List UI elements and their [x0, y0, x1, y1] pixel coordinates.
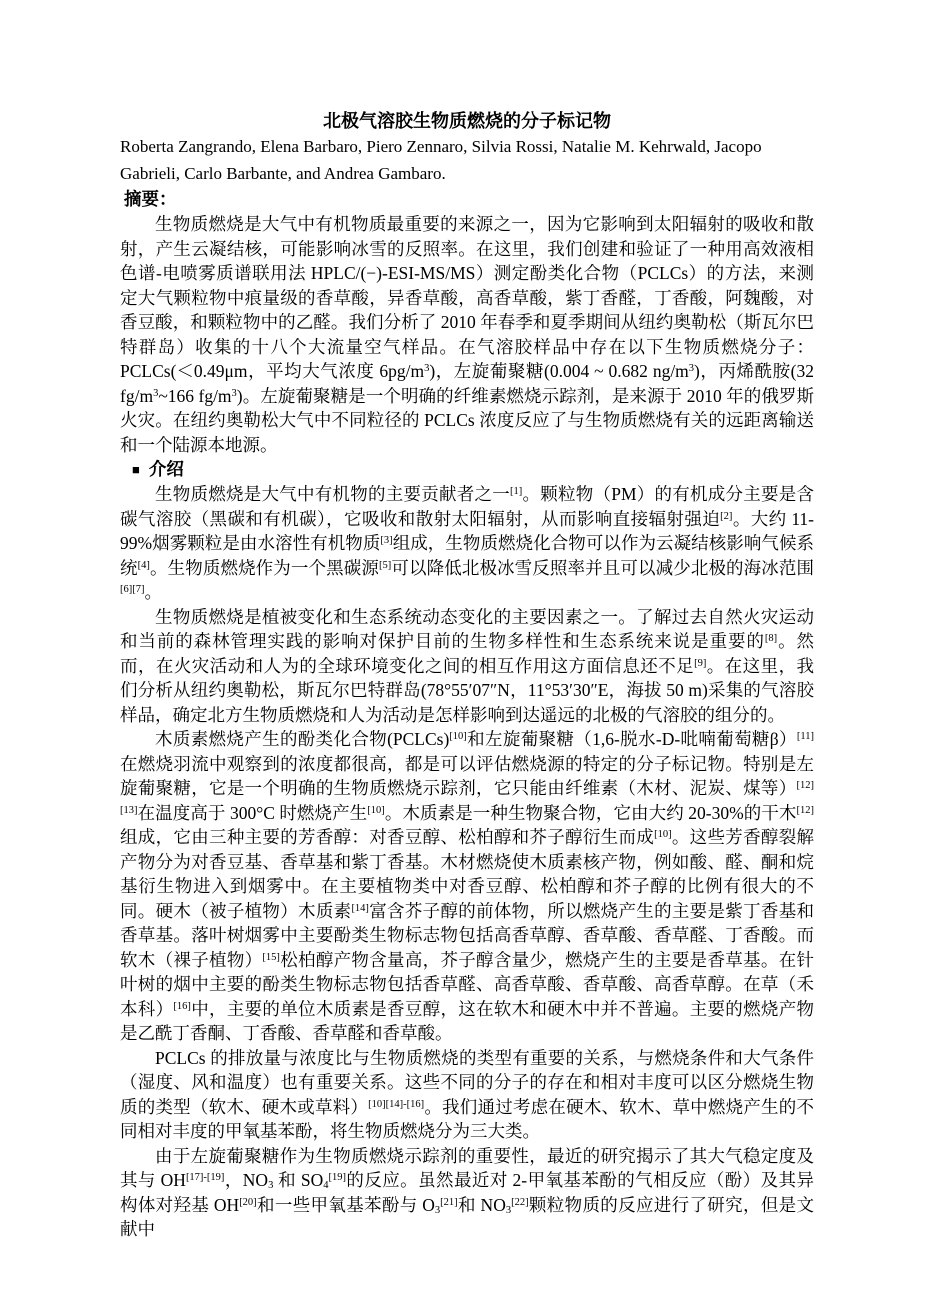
intro-paragraph-5: 由于左旋葡聚糖作为生物质燃烧示踪剂的重要性，最近的研究揭示了其大气稳定度及其与 … — [120, 1144, 814, 1242]
abstract-heading: 摘要： — [120, 187, 814, 212]
document-page: 北极气溶胶生物质燃烧的分子标记物 Roberta Zangrando, Elen… — [0, 0, 926, 1309]
introduction-heading-label: 介绍 — [149, 459, 184, 479]
introduction-heading: ■介绍 — [120, 457, 814, 482]
abstract-paragraph: 生物质燃烧是大气中有机物质最重要的来源之一，因为它影响到太阳辐射的吸收和散射，产… — [120, 212, 814, 457]
intro-paragraph-1: 生物质燃烧是大气中有机物的主要贡献者之一[1]。颗粒物（PM）的有机成分主要是含… — [120, 482, 814, 605]
intro-paragraph-4: PCLCs 的排放量与浓度比与生物质燃烧的类型有重要的关系，与燃烧条件和大气条件… — [120, 1046, 814, 1144]
intro-paragraph-3: 木质素燃烧产生的酚类化合物(PCLCs)[10]和左旋葡聚糖（1,6-脱水-D-… — [120, 727, 814, 1046]
author-list: Roberta Zangrando, Elena Barbaro, Piero … — [120, 134, 814, 187]
square-bullet-icon: ■ — [132, 462, 140, 477]
paper-title: 北极气溶胶生物质燃烧的分子标记物 — [120, 108, 814, 134]
intro-paragraph-2: 生物质燃烧是植被变化和生态系统动态变化的主要因素之一。了解过去自然火灾运动和当前… — [120, 605, 814, 728]
